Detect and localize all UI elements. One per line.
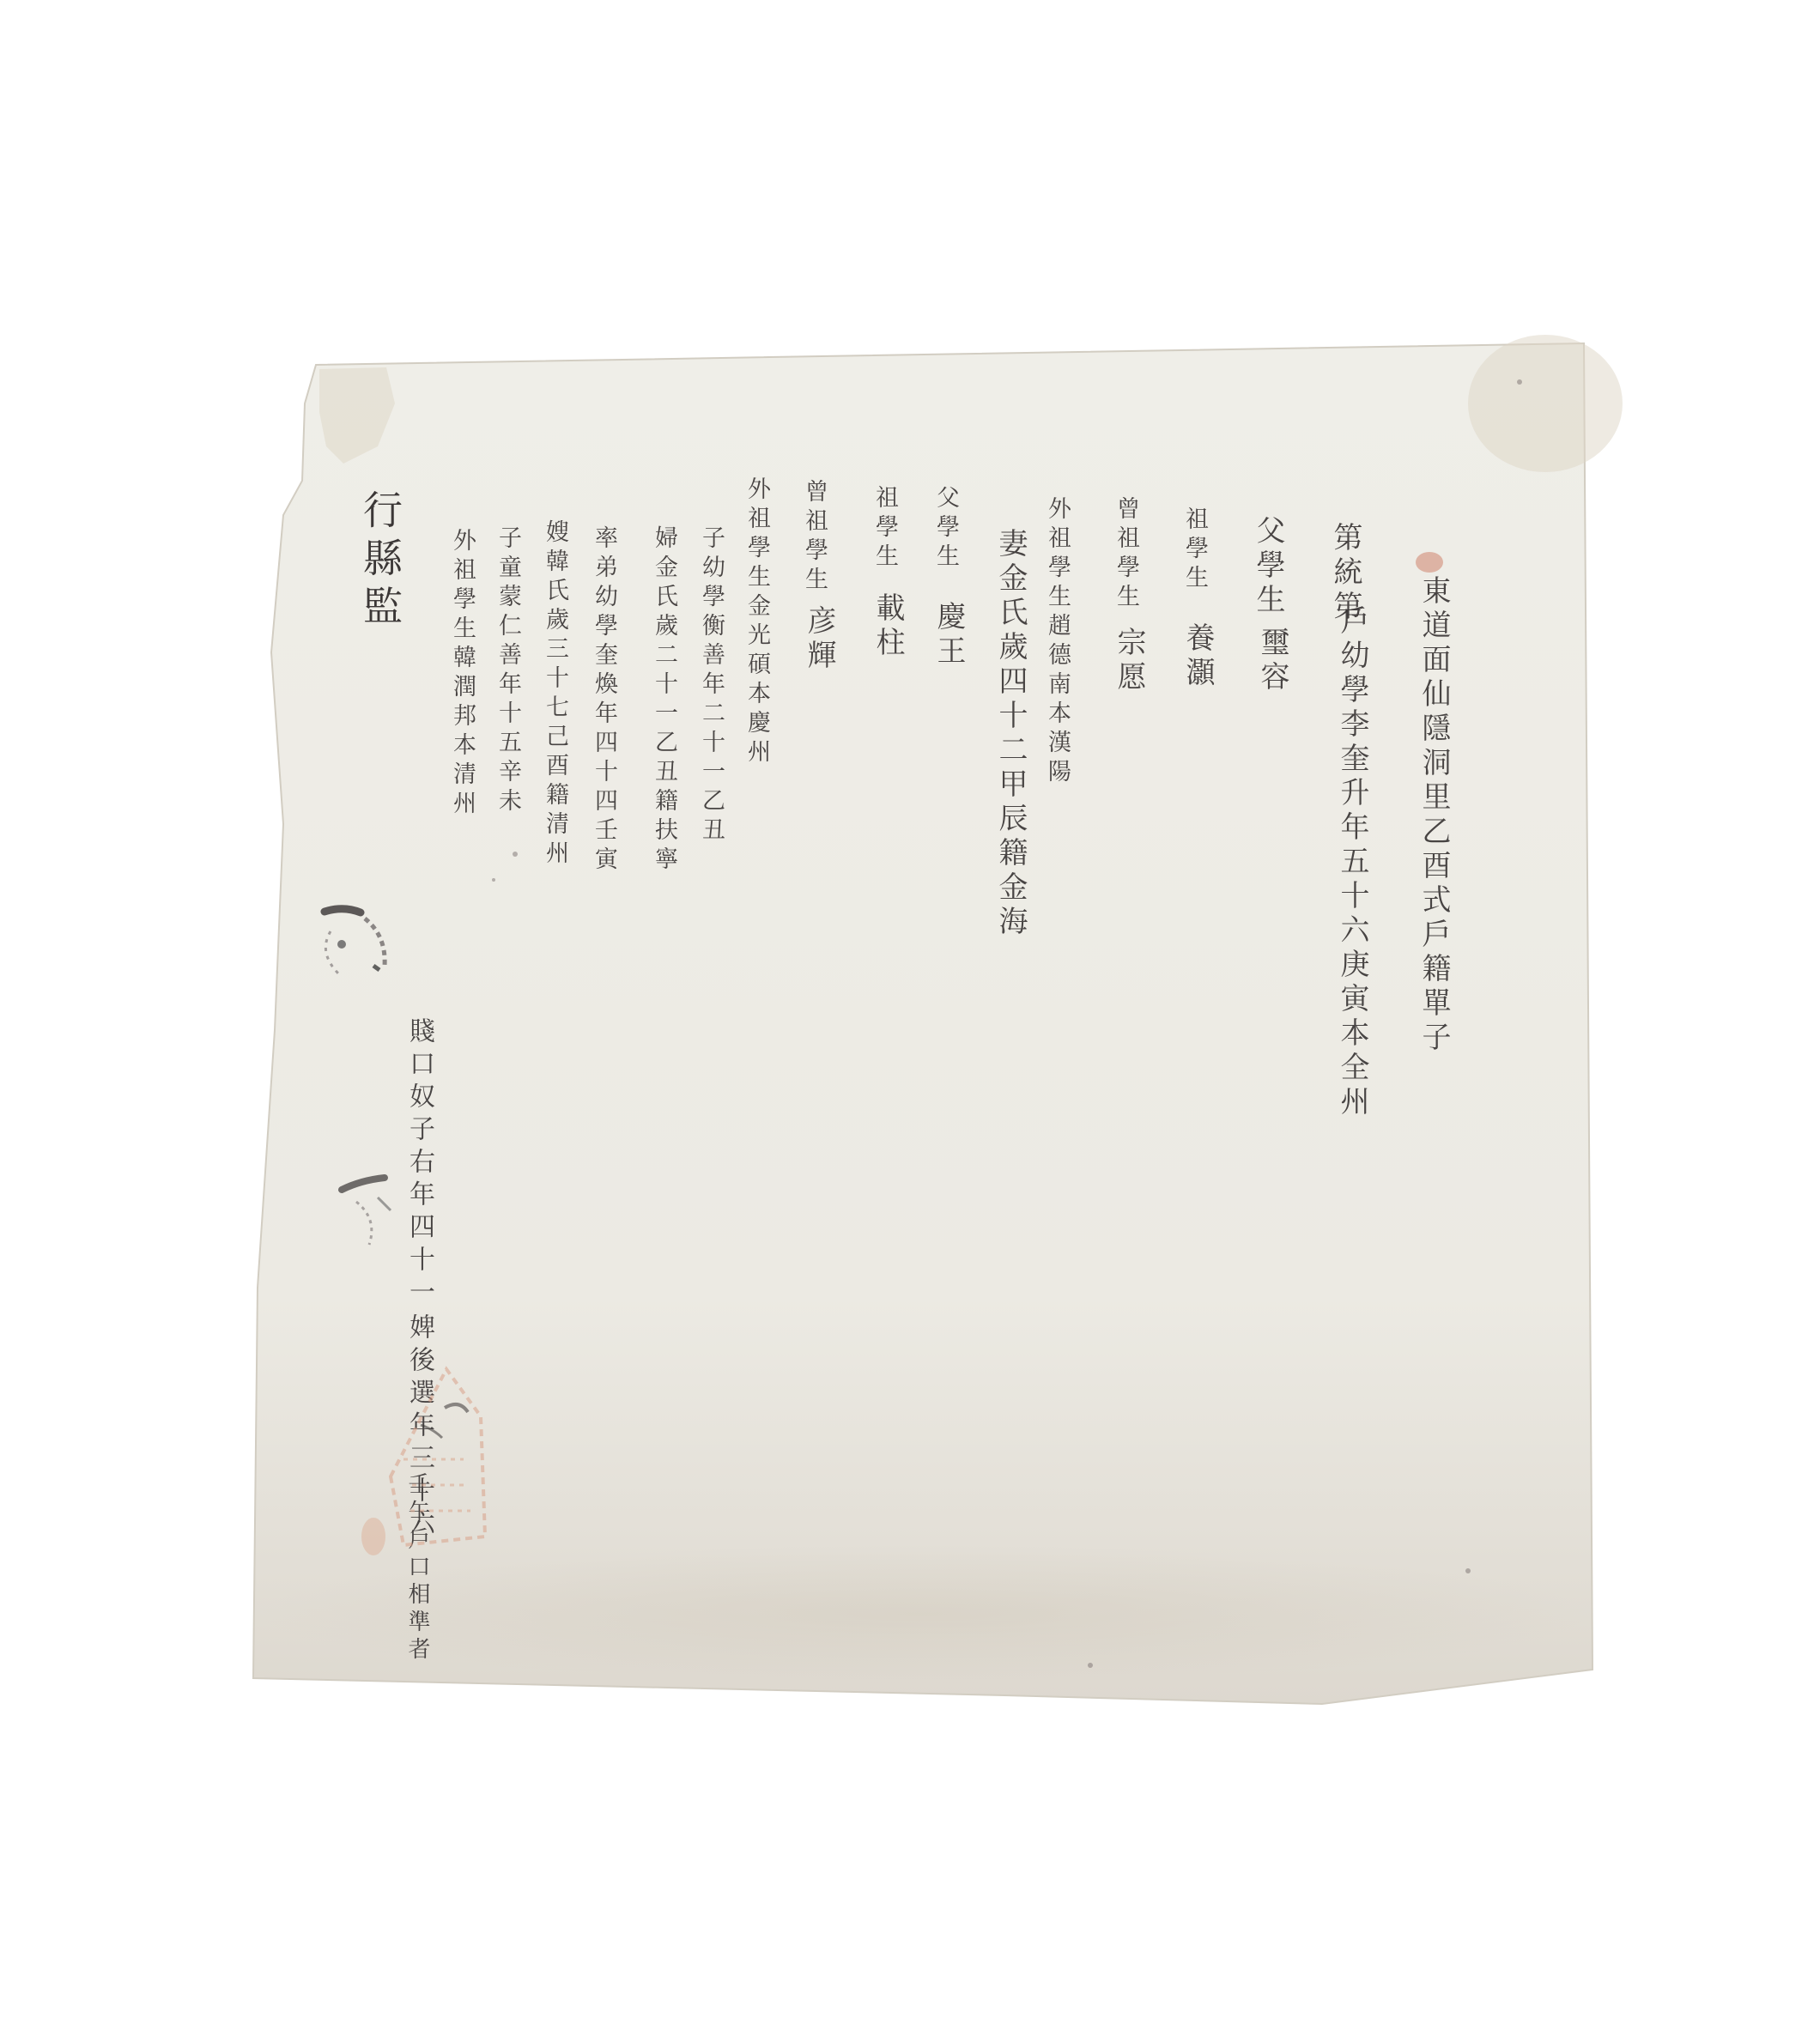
maternal-grandfather-2-column: 外祖學生韓潤邦本清州 <box>451 528 474 820</box>
title-column: 東道面仙隱洞里乙酉式戶籍單子 <box>1419 575 1448 1056</box>
magistrate-signature: 行縣監 <box>361 489 400 634</box>
great-grandfather-name: 宗愿 <box>1114 627 1144 695</box>
brother-column: 率弟幼學奎煥年四十四壬寅 <box>592 525 616 876</box>
grandfather-name: 養灝 <box>1183 622 1212 691</box>
father-name: 璽容 <box>1258 627 1287 695</box>
document-sheet: 東道面仙隱洞里乙酉式戶籍單子 第統第 戶幼學李奎升年五十六庚寅本全州 父學生 璽… <box>0 0 1820 2043</box>
wife-column: 妻金氏歲四十二甲辰籍金海 <box>996 528 1025 940</box>
certification-line-3: 壬午戶口相準者 <box>406 1472 428 1664</box>
paper-background <box>0 0 1820 2043</box>
wife-grandfather-name: 載柱 <box>873 592 902 661</box>
son-column: 子幼學衡善年二十一乙丑 <box>700 525 723 846</box>
child-column: 子童蒙仁善年十五辛未 <box>496 525 519 817</box>
certification-line-1: 賤口奴子右年四十一 <box>406 1017 432 1311</box>
great-grandfather-label: 曾祖學生 <box>1114 496 1137 613</box>
grandfather-label: 祖學生 <box>1183 506 1206 594</box>
wife-grandfather-label: 祖學生 <box>873 485 896 573</box>
daughter-in-law-column: 婦金氏歲二十一乙丑籍扶寧 <box>652 525 676 876</box>
wife-father-label: 父學生 <box>934 485 957 573</box>
wife-great-grandfather-name: 彦輝 <box>804 605 834 674</box>
sister-in-law-column: 嫂韓氏歲三十七己酉籍清州 <box>543 519 567 870</box>
wife-great-grandfather-label: 曾祖學生 <box>803 479 826 596</box>
father-label: 父學生 <box>1253 515 1283 618</box>
maternal-grandfather-column: 外祖學生趙德南本漢陽 <box>1046 496 1069 788</box>
household-head-column: 戶幼學李奎升年五十六庚寅本全州 <box>1338 605 1367 1120</box>
wife-maternal-grandfather-column: 外祖學生金光碩本慶州 <box>745 476 768 768</box>
wife-father-name: 慶王 <box>934 601 963 670</box>
